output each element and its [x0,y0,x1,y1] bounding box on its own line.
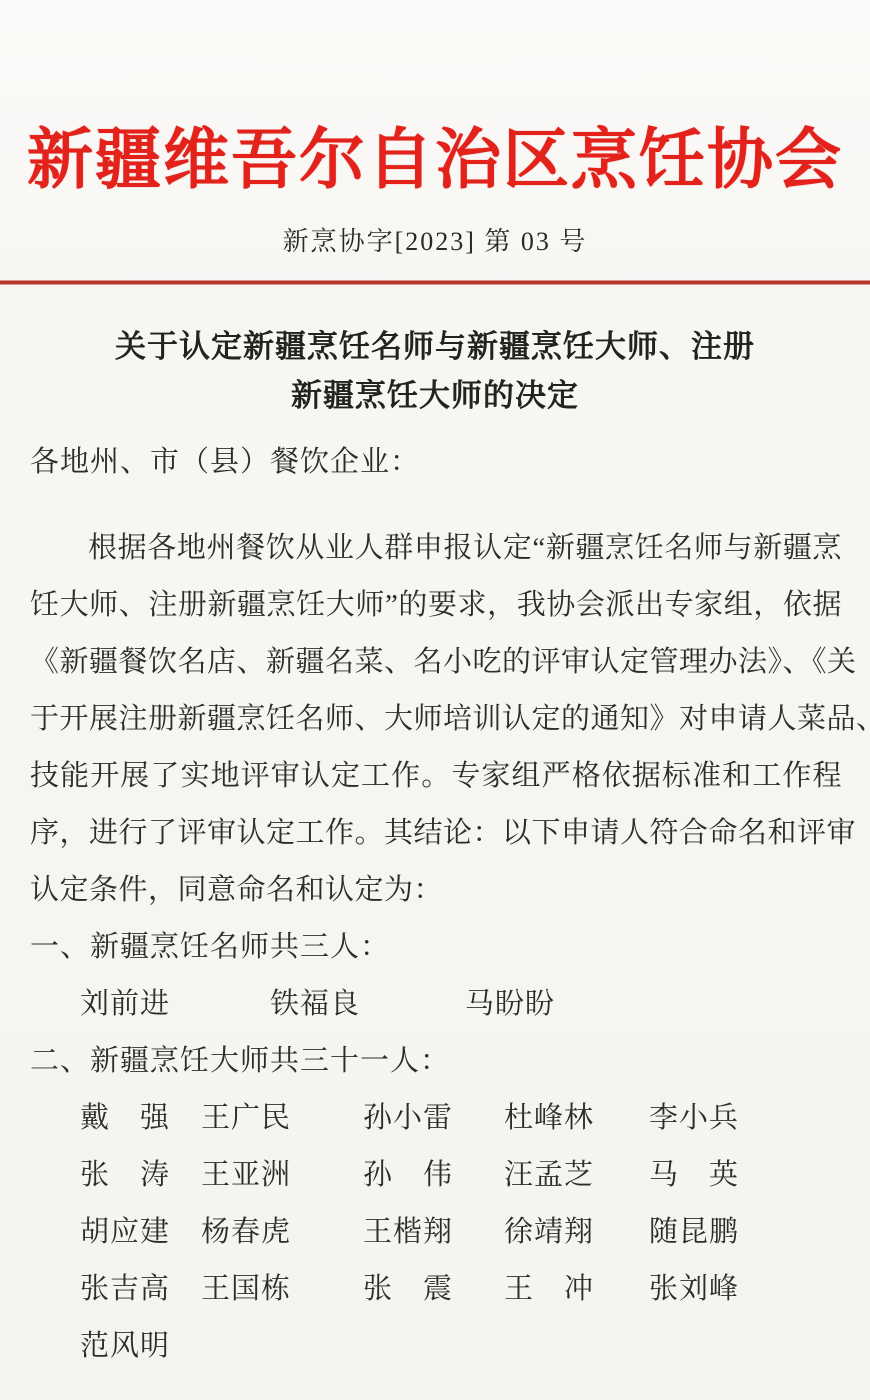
section-2-heading: 二、新疆烹饪大师共三十一人： [30,1033,840,1090]
letterhead-divider-rule [0,281,870,284]
famous-chef-names-row: 刘前进 铁福良 马盼盼 [80,976,840,1033]
chef-name: 王楷翔 [363,1204,504,1261]
chef-name: 王国栋 [201,1261,363,1318]
body-paragraph: 根据各地州餐饮从业人群申报认定“新疆烹饪名师与新疆烹 饪大师、注册新疆烹饪大师”… [30,520,842,919]
chef-name: 张 涛 [80,1147,201,1204]
paragraph-line: 于开展注册新疆烹饪名师、大师培训认定的通知》对申请人菜品、 [30,691,842,748]
chef-name [649,1318,840,1375]
chef-name: 孙小雷 [363,1090,504,1147]
chef-name: 王 冲 [504,1261,649,1318]
document-title: 关于认定新疆烹饪名师与新疆烹饪大师、注册 新疆烹饪大师的决定 [0,322,870,420]
chef-name [363,1318,504,1375]
chef-name: 孙 伟 [363,1147,504,1204]
chef-name: 王亚洲 [201,1147,363,1204]
paragraph-line: 序，进行了评审认定工作。其结论：以下申请人符合命名和评审 [30,805,842,862]
chef-name: 张刘峰 [649,1261,840,1318]
chef-name: 马 英 [649,1147,840,1204]
chef-name: 张 震 [363,1261,504,1318]
paragraph-line: 《新疆餐饮名店、新疆名菜、名小吃的评审认定管理办法》、《关 [30,634,842,691]
document-title-line-1: 关于认定新疆烹饪名师与新疆烹饪大师、注册 [0,322,870,371]
paragraph-line: 根据各地州餐饮从业人群申报认定“新疆烹饪名师与新疆烹 [30,520,842,577]
master-chef-names-row: 戴 强 王广民 孙小雷 杜峰林 李小兵 [80,1090,840,1147]
chef-name: 李小兵 [649,1090,840,1147]
paragraph-line: 饪大师、注册新疆烹饪大师”的要求，我协会派出专家组，依据 [30,577,842,634]
section-1-heading: 一、新疆烹饪名师共三人： [30,919,840,976]
chef-name: 刘前进 [80,976,270,1033]
chef-name: 杨春虎 [201,1204,363,1261]
master-chef-names-row: 张吉高 王国栋 张 震 王 冲 张刘峰 [80,1261,840,1318]
chef-name: 杜峰林 [504,1090,649,1147]
chef-name: 戴 强 [80,1090,201,1147]
chef-name: 胡应建 [80,1204,201,1261]
scanned-document-page: 新疆维吾尔自治区烹饪协会 新烹协字[2023] 第 03 号 关于认定新疆烹饪名… [0,0,870,1400]
letterhead-org-title: 新疆维吾尔自治区烹饪协会 [0,0,870,214]
master-chef-names-row: 张 涛 王亚洲 孙 伟 汪孟芝 马 英 [80,1147,840,1204]
chef-name: 范风明 [80,1318,201,1375]
chef-name: 汪孟芝 [504,1147,649,1204]
salutation: 各地州、市（县）餐饮企业： [30,442,840,482]
document-title-line-2: 新疆烹饪大师的决定 [0,371,870,420]
chef-name: 铁福良 [270,976,465,1033]
chef-name [504,1318,649,1375]
master-chef-names-row: 范风明 [80,1318,840,1375]
paragraph-line: 技能开展了实地评审认定工作。专家组严格依据标准和工作程 [30,748,842,805]
chef-name: 张吉高 [80,1261,201,1318]
chef-name: 徐靖翔 [504,1204,649,1261]
master-chef-names-row: 胡应建 杨春虎 王楷翔 徐靖翔 随昆鹏 [80,1204,840,1261]
chef-name: 随昆鹏 [649,1204,840,1261]
document-number: 新烹协字[2023] 第 03 号 [0,224,870,260]
paragraph-line: 认定条件，同意命名和认定为： [30,862,842,919]
chef-name: 王广民 [201,1090,363,1147]
chef-name [201,1318,363,1375]
chef-name: 马盼盼 [465,976,840,1033]
